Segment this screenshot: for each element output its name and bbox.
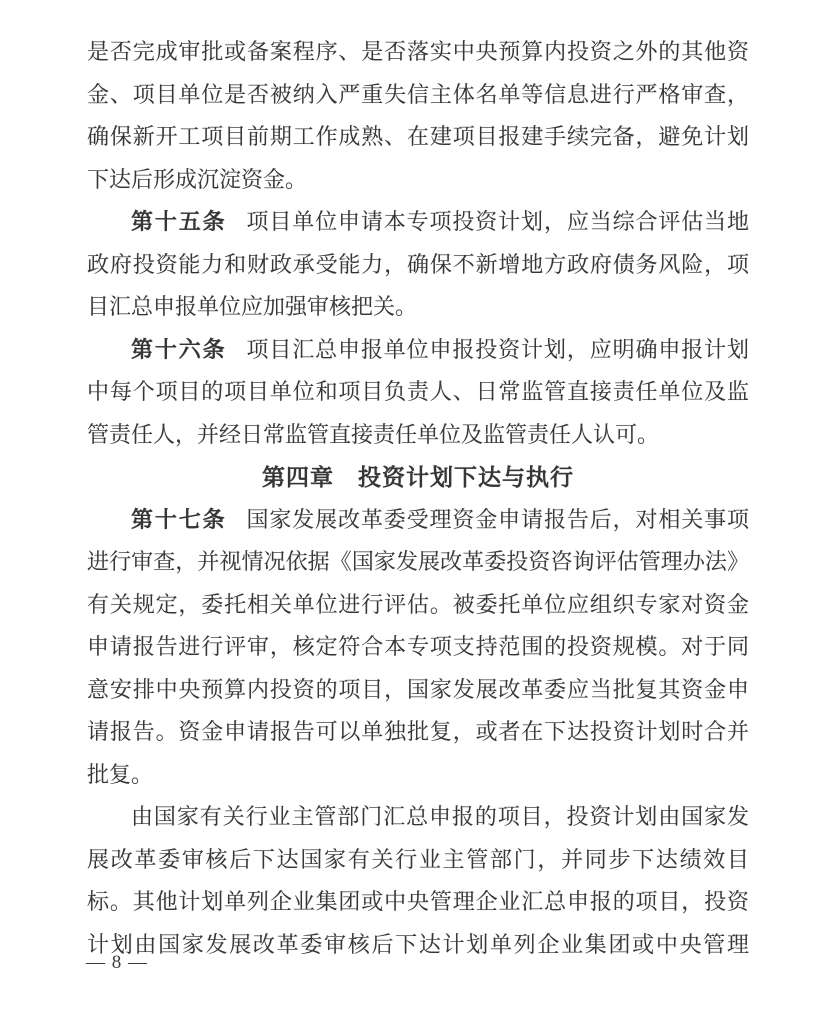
text-line: 金、项目单位是否被纳入严重失信主体名单等信息进行严格审查， xyxy=(87,74,749,117)
text-line: 中每个项目的项目单位和项目负责人、日常监管直接责任单位及监 xyxy=(87,371,749,414)
page-number: — 8 — xyxy=(86,951,148,975)
text-line: 目汇总申报单位应加强审核把关。 xyxy=(87,286,749,329)
text-line: 展改革委审核后下达国家有关行业主管部门，并同步下达绩效目 xyxy=(87,839,749,882)
text-line: 批复。 xyxy=(87,754,749,797)
text-line: 确保新开工项目前期工作成熟、在建项目报建手续完备，避免计划 xyxy=(87,116,749,159)
text-line-article-17: 第十七条国家发展改革委受理资金申请报告后，对相关事项 xyxy=(87,499,749,542)
text-line: 管责任人，并经日常监管直接责任单位及监管责任人认可。 xyxy=(87,414,749,457)
article-number-label: 第十六条 xyxy=(131,337,227,362)
text-line: 政府投资能力和财政承受能力，确保不新增地方政府债务风险，项 xyxy=(87,244,749,287)
text-line: 进行审查，并视情况依据《国家发展改革委投资咨询评估管理办法》 xyxy=(87,541,749,584)
article-text: 国家发展改革委受理资金申请报告后，对相关事项 xyxy=(247,507,749,532)
chapter-heading: 第四章 投资计划下达与执行 xyxy=(87,456,749,499)
text-line: 请报告。资金申请报告可以单独批复，或者在下达投资计划时合并 xyxy=(87,711,749,754)
text-line: 计划由国家发展改革委审核后下达计划单列企业集团或中央管理 xyxy=(87,924,749,967)
document-body: 是否完成审批或备案程序、是否落实中央预算内投资之外的其他资 金、项目单位是否被纳… xyxy=(87,31,749,966)
article-text: 项目汇总申报单位申报投资计划，应明确申报计划 xyxy=(247,337,749,362)
article-text: 项目单位申请本专项投资计划，应当综合评估当地 xyxy=(247,209,749,234)
text-line: 由国家有关行业主管部门汇总申报的项目，投资计划由国家发 xyxy=(87,796,749,839)
text-line-article-16: 第十六条项目汇总申报单位申报投资计划，应明确申报计划 xyxy=(87,329,749,372)
text-line: 标。其他计划单列企业集团或中央管理企业汇总申报的项目，投资 xyxy=(87,881,749,924)
text-line: 下达后形成沉淀资金。 xyxy=(87,159,749,202)
text-line: 意安排中央预算内投资的项目，国家发展改革委应当批复其资金申 xyxy=(87,669,749,712)
text-line: 有关规定，委托相关单位进行评估。被委托单位应组织专家对资金 xyxy=(87,584,749,627)
text-line: 申请报告进行评审，核定符合本专项支持范围的投资规模。对于同 xyxy=(87,626,749,669)
article-number-label: 第十七条 xyxy=(131,507,227,532)
article-number-label: 第十五条 xyxy=(131,209,227,234)
text-line: 是否完成审批或备案程序、是否落实中央预算内投资之外的其他资 xyxy=(87,31,749,74)
text-line-article-15: 第十五条项目单位申请本专项投资计划，应当综合评估当地 xyxy=(87,201,749,244)
